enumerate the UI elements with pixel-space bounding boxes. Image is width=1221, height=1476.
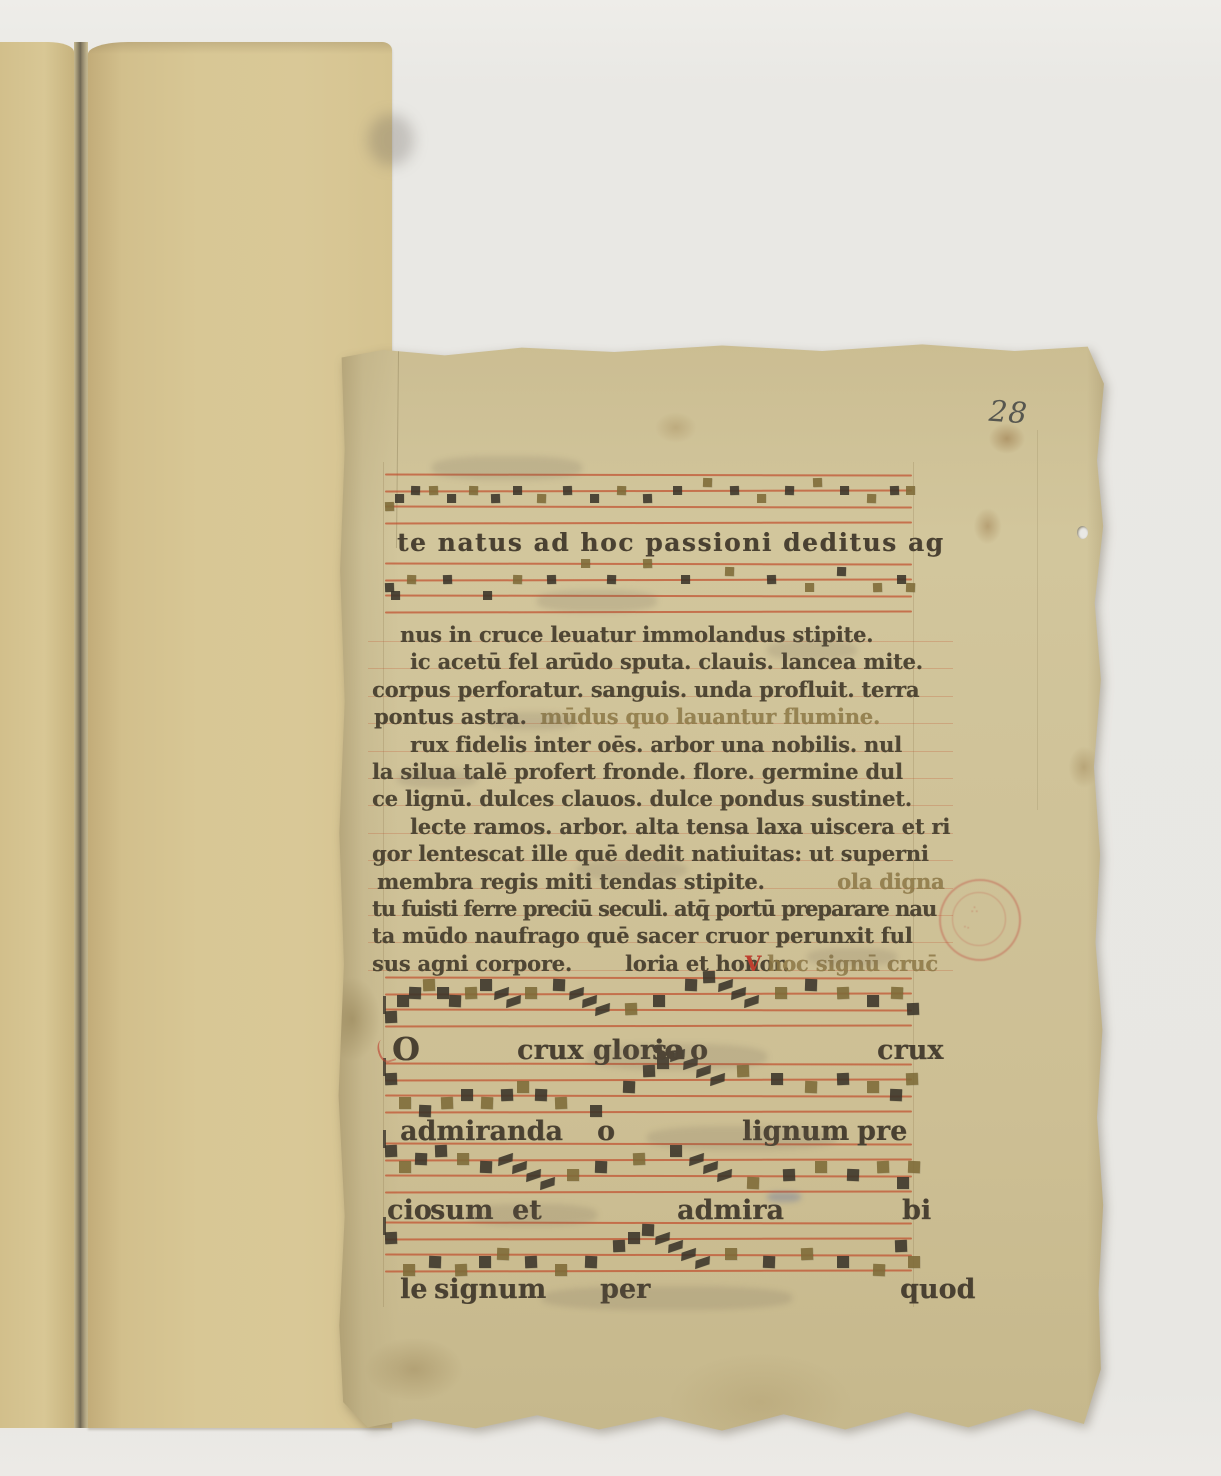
neume bbox=[805, 979, 817, 991]
neume bbox=[590, 494, 599, 503]
staff-line bbox=[385, 1253, 912, 1256]
folio-number: 28 bbox=[988, 394, 1029, 431]
neume bbox=[906, 486, 915, 495]
staff-line bbox=[385, 1008, 912, 1011]
lyric-segment: pre bbox=[857, 1116, 907, 1147]
neume bbox=[479, 1256, 491, 1268]
text-segment: rux fidelis inter oēs. arbor una nobilis… bbox=[410, 732, 902, 757]
neume bbox=[689, 1152, 704, 1165]
neume bbox=[628, 1232, 640, 1244]
neume bbox=[906, 582, 915, 591]
staff-line bbox=[385, 1174, 912, 1177]
staff-line bbox=[385, 1237, 912, 1240]
show-through-smudge bbox=[807, 948, 897, 966]
text-segment: mūdus quo lauantur flumine. bbox=[540, 704, 880, 729]
staff-line bbox=[385, 610, 912, 613]
staff-line bbox=[385, 1024, 912, 1027]
neume bbox=[653, 995, 665, 1007]
neume bbox=[895, 1240, 907, 1252]
staff-line bbox=[385, 521, 912, 524]
neume bbox=[457, 1153, 469, 1165]
neume bbox=[409, 987, 421, 999]
neume bbox=[877, 1161, 889, 1173]
text-line: ta mūdo naufrago quē sacer cruor perunxi… bbox=[372, 923, 972, 950]
staff-line bbox=[385, 1078, 912, 1081]
neume bbox=[429, 1256, 441, 1268]
lyric-segment: crux bbox=[877, 1035, 943, 1066]
neume bbox=[506, 994, 521, 1007]
neume bbox=[725, 566, 734, 575]
neume bbox=[555, 1097, 567, 1109]
lyric-segment: cio bbox=[387, 1195, 432, 1226]
staff-line bbox=[385, 1110, 912, 1113]
show-through-smudge bbox=[767, 640, 857, 660]
neume bbox=[655, 1231, 670, 1244]
neume bbox=[730, 485, 739, 494]
neume bbox=[498, 1152, 513, 1165]
show-through-smudge bbox=[467, 1204, 597, 1226]
neume bbox=[815, 1161, 827, 1173]
neume bbox=[703, 1160, 718, 1173]
neume bbox=[429, 485, 438, 494]
manuscript-scan: 28 ∴ ·· te natus ad hoc passioni deditus… bbox=[0, 0, 1221, 1476]
neume bbox=[526, 1168, 541, 1181]
neume bbox=[613, 1240, 625, 1252]
staff-line bbox=[385, 489, 912, 492]
neume bbox=[685, 979, 697, 991]
neume bbox=[710, 1072, 725, 1085]
neume bbox=[423, 979, 435, 991]
neume bbox=[744, 994, 759, 1007]
lyric-segment: O bbox=[392, 1030, 420, 1068]
music-staff bbox=[385, 1222, 912, 1271]
neume bbox=[540, 1176, 555, 1189]
neume bbox=[763, 1256, 775, 1268]
neume bbox=[890, 1089, 902, 1101]
neume bbox=[837, 1073, 849, 1085]
neume bbox=[399, 1161, 411, 1173]
text-line: tu fuisti ferre preciū seculi. atq̄ port… bbox=[372, 896, 972, 923]
neume bbox=[537, 493, 546, 502]
music-staff bbox=[385, 1143, 912, 1192]
neume bbox=[718, 978, 733, 991]
lyric-segment: te natus ad hoc passioni deditus ag bbox=[397, 528, 945, 557]
neume bbox=[668, 1239, 683, 1252]
text-line: lecte ramos. arbor. alta tensa laxa uisc… bbox=[372, 814, 972, 841]
parchment-crease bbox=[1037, 430, 1038, 810]
text-segment: loria et honor. bbox=[625, 951, 789, 976]
neume bbox=[494, 986, 509, 999]
neume bbox=[757, 494, 766, 503]
neume bbox=[483, 591, 492, 600]
neume bbox=[411, 485, 420, 494]
neume bbox=[385, 501, 394, 510]
text-line: pontus astra.mūdus quo lauantur flumine. bbox=[372, 704, 972, 731]
neume bbox=[481, 1097, 493, 1109]
neume bbox=[469, 485, 478, 494]
neume bbox=[595, 1161, 607, 1173]
neume bbox=[695, 1255, 710, 1268]
neume bbox=[437, 987, 449, 999]
neume bbox=[801, 1248, 813, 1260]
neume bbox=[553, 979, 565, 991]
neume bbox=[785, 485, 794, 494]
neume bbox=[681, 1247, 696, 1260]
manuscript-leaf-wrap: 28 ∴ ·· te natus ad hoc passioni deditus… bbox=[337, 340, 1107, 1435]
neume bbox=[595, 1002, 610, 1015]
neume bbox=[717, 1168, 732, 1181]
neume bbox=[585, 1256, 597, 1268]
text-line: nus in cruce leuatur immolandus stipite. bbox=[372, 622, 972, 649]
staff-line bbox=[385, 1190, 912, 1193]
neume bbox=[443, 574, 452, 583]
neume bbox=[703, 477, 712, 486]
neume bbox=[407, 574, 416, 583]
show-through-smudge bbox=[487, 712, 577, 730]
album-page-edge bbox=[0, 42, 74, 1428]
text-segment: corpus perforatur. sanguis. unda proflui… bbox=[372, 677, 919, 702]
neume bbox=[771, 1073, 783, 1085]
show-through-smudge bbox=[537, 590, 657, 612]
neume bbox=[867, 995, 879, 1007]
neume bbox=[547, 574, 556, 583]
stamp-mark: ∴ bbox=[971, 903, 978, 916]
neume bbox=[783, 1169, 795, 1181]
neume bbox=[513, 574, 522, 583]
neume bbox=[582, 994, 597, 1007]
show-through-smudge bbox=[647, 1126, 837, 1150]
neume bbox=[501, 1089, 513, 1101]
neume bbox=[512, 1160, 527, 1173]
music-staff bbox=[385, 977, 912, 1026]
neume bbox=[867, 493, 876, 502]
lyric-segment: signum bbox=[434, 1274, 546, 1305]
neume bbox=[673, 486, 682, 495]
neume bbox=[391, 591, 400, 600]
neume bbox=[465, 987, 477, 999]
neume bbox=[497, 1248, 509, 1260]
neume bbox=[908, 1256, 920, 1268]
lyric-line: ciosumetadmirabi bbox=[372, 1195, 972, 1229]
neume bbox=[837, 1256, 849, 1268]
neume bbox=[480, 979, 492, 991]
show-through-smudge bbox=[397, 770, 477, 788]
show-through-smudge bbox=[767, 1192, 801, 1202]
show-through-smudge bbox=[432, 456, 582, 480]
text-line: corpus perforatur. sanguis. unda proflui… bbox=[372, 677, 972, 704]
neume bbox=[415, 1153, 427, 1165]
neume bbox=[513, 486, 522, 495]
text-segment: tu fuisti ferre preciū seculi. atq̄ port… bbox=[372, 896, 936, 921]
text-line: ce lignū. dulces clauos. dulce pondus su… bbox=[372, 786, 972, 813]
neume bbox=[747, 1177, 759, 1189]
neume bbox=[890, 485, 899, 494]
neume bbox=[617, 485, 626, 494]
text-segment: ce lignū. dulces clauos. dulce pondus su… bbox=[372, 786, 912, 811]
neume bbox=[461, 1089, 473, 1101]
text-line: rux fidelis inter oēs. arbor una nobilis… bbox=[372, 732, 972, 759]
staff-line bbox=[385, 505, 912, 508]
neume bbox=[907, 1003, 919, 1015]
neume bbox=[535, 1089, 547, 1101]
neume bbox=[607, 574, 616, 583]
show-through-smudge bbox=[542, 1286, 792, 1310]
neume bbox=[491, 493, 500, 502]
neume bbox=[840, 486, 849, 495]
music-staff bbox=[385, 1063, 912, 1112]
neume bbox=[623, 1081, 635, 1093]
neume bbox=[681, 575, 690, 584]
text-segment: sus agni corpore. bbox=[372, 951, 572, 976]
neume bbox=[847, 1169, 859, 1181]
neume bbox=[891, 987, 903, 999]
neume bbox=[725, 1248, 737, 1260]
neume bbox=[385, 1011, 397, 1023]
neume bbox=[805, 583, 814, 592]
neume bbox=[625, 1003, 637, 1015]
neume bbox=[767, 574, 776, 583]
text-segment: membra regis miti tendas stipite. bbox=[377, 869, 765, 894]
neume bbox=[908, 1161, 920, 1173]
neume bbox=[837, 566, 846, 575]
neume bbox=[449, 995, 461, 1007]
lyric-segment: admiranda bbox=[400, 1116, 563, 1147]
neume bbox=[563, 485, 572, 494]
neume bbox=[447, 494, 456, 503]
neume bbox=[569, 986, 584, 999]
neume bbox=[643, 493, 652, 502]
neume bbox=[731, 986, 746, 999]
neume bbox=[906, 1073, 918, 1085]
show-through-smudge bbox=[587, 1044, 767, 1070]
neume bbox=[395, 494, 404, 503]
neume bbox=[517, 1081, 529, 1093]
text-segment: V bbox=[745, 951, 761, 976]
text-segment: lecte ramos. arbor. alta tensa laxa uisc… bbox=[410, 814, 950, 839]
neume bbox=[441, 1097, 453, 1109]
neume bbox=[897, 1177, 909, 1189]
neume bbox=[399, 1097, 411, 1109]
lyric-segment: le bbox=[400, 1274, 427, 1305]
lyric-segment: bi bbox=[902, 1195, 931, 1226]
text-line: ic acetū fel arūdo sputa. clauis. lancea… bbox=[372, 649, 972, 676]
neume bbox=[480, 1161, 492, 1173]
neume bbox=[867, 1081, 879, 1093]
neume bbox=[567, 1169, 579, 1181]
neume bbox=[805, 1081, 817, 1093]
page-smudge bbox=[368, 114, 414, 166]
show-through-smudge bbox=[577, 860, 687, 880]
text-segment: ta mūdo naufrago quē sacer cruor perunxi… bbox=[372, 923, 912, 948]
neume bbox=[385, 1232, 397, 1244]
lyric-line: te natus ad hoc passioni deditus ag bbox=[372, 528, 972, 562]
neume bbox=[397, 995, 409, 1007]
book-gutter-shadow bbox=[74, 42, 88, 1428]
neume bbox=[873, 582, 882, 591]
neume bbox=[813, 477, 822, 486]
music-staff bbox=[385, 474, 912, 523]
neume bbox=[897, 575, 906, 584]
lyric-segment: quod bbox=[900, 1274, 975, 1305]
neume bbox=[633, 1153, 645, 1165]
neume bbox=[385, 1073, 397, 1085]
lyric-segment: o bbox=[597, 1116, 615, 1147]
manuscript-leaf: 28 ∴ ·· te natus ad hoc passioni deditus… bbox=[337, 340, 1107, 1435]
staff-line bbox=[385, 578, 912, 581]
text-segment: ola digna bbox=[837, 869, 944, 894]
neume bbox=[775, 987, 787, 999]
neume bbox=[525, 987, 537, 999]
neume bbox=[837, 987, 849, 999]
parchment-hole bbox=[1077, 526, 1088, 539]
neume bbox=[525, 1256, 537, 1268]
